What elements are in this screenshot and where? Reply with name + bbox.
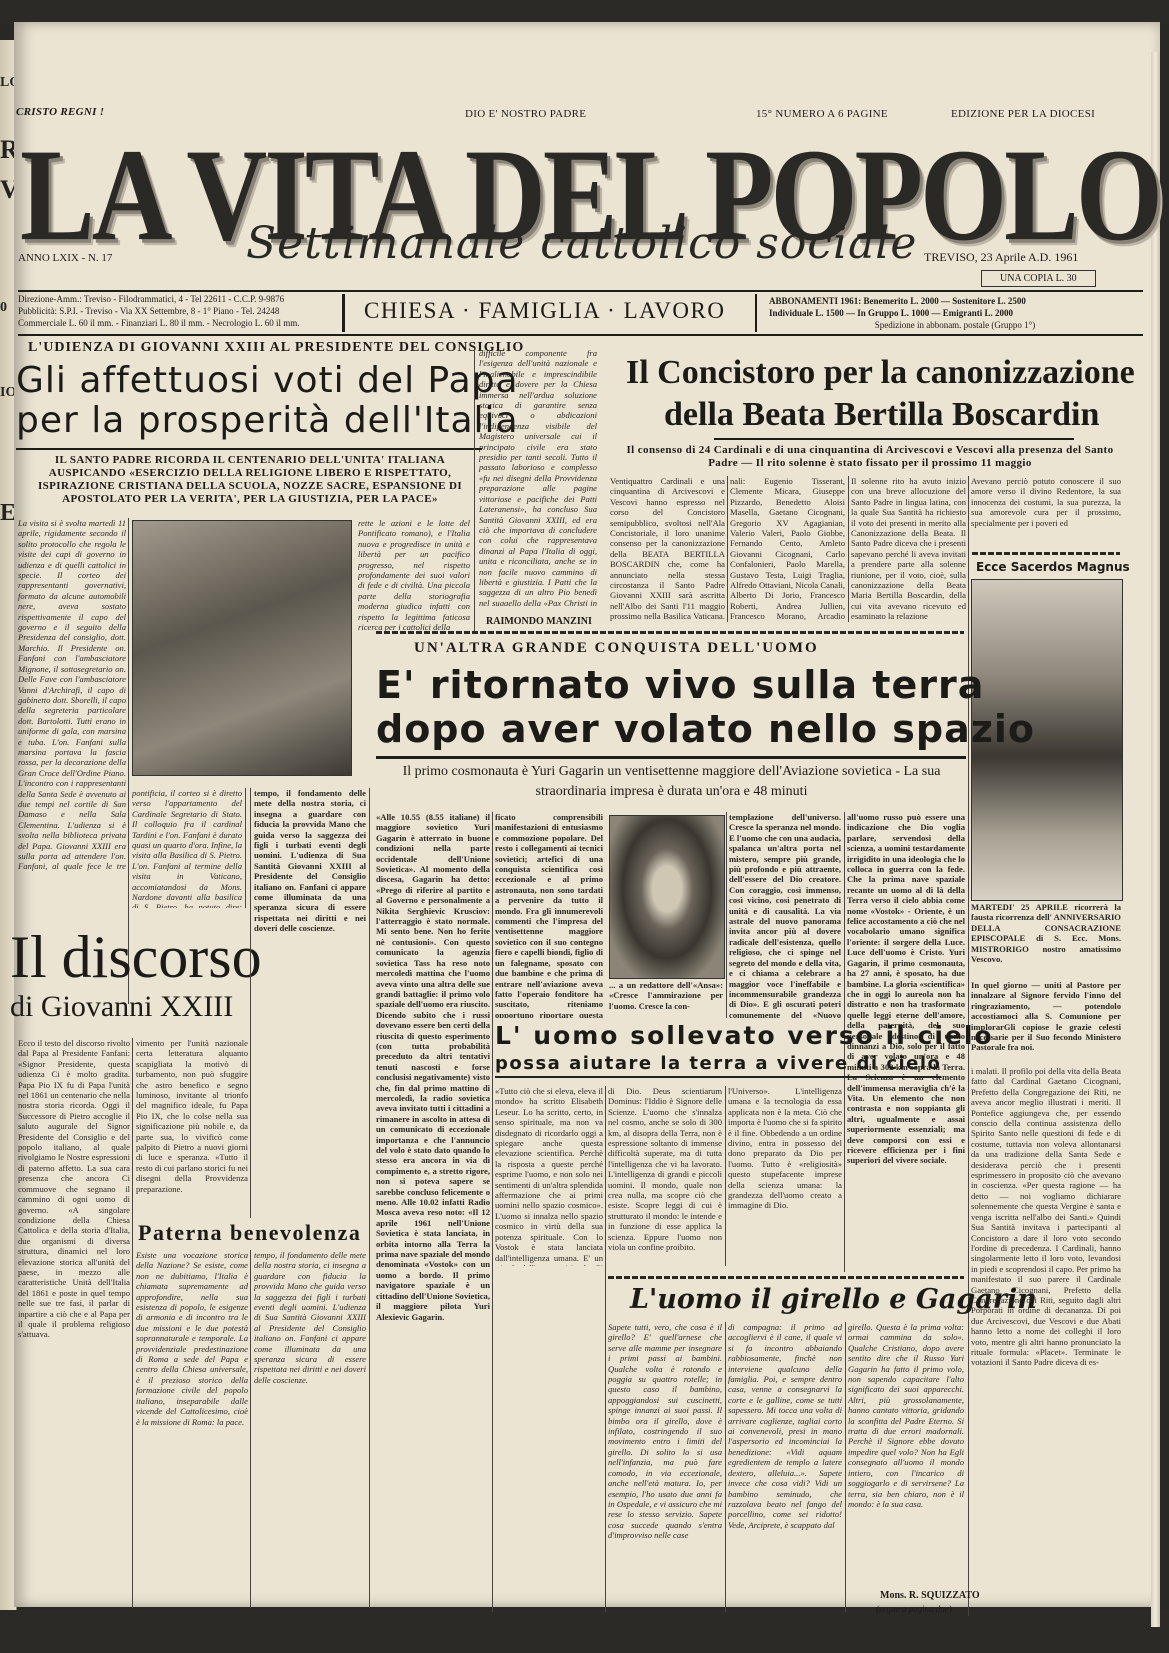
subscription-line: ABBONAMENTI 1961: Benemerito L. 2000 — S… xyxy=(769,295,1141,307)
gagarin-kicker: UN'ALTRA GRANDE CONQUISTA DELL'UOMO xyxy=(414,640,819,657)
concistoro-column-2: nali: Eugenio Tisserant, Clemente Micara… xyxy=(730,476,845,622)
motto: CHIESA · FAMIGLIA · LAVORO xyxy=(364,298,725,324)
page-edge xyxy=(1151,52,1160,1627)
office-line: Direzione-Amm.: Treviso - Filodrammatici… xyxy=(18,293,338,305)
paterna-headline: Paterna benevolenza xyxy=(138,1220,361,1246)
postal-line: Spedizione in abbonam. postale (Gruppo 1… xyxy=(769,319,1141,331)
cielo-headline-2: possa aiutare la terra a vivere di cielo xyxy=(495,1052,941,1078)
girello-byline: Mons. R. SQUIZZATO xyxy=(880,1590,980,1601)
subscription-info: ABBONAMENTI 1961: Benemerito L. 2000 — S… xyxy=(769,295,1141,331)
edge-fragment: 0 xyxy=(0,300,14,316)
discorso-headline-2: di Giovanni XXIII xyxy=(10,990,233,1024)
concistoro-column-3: Il solenne rito ha avuto inizio con una … xyxy=(851,476,966,622)
paterna-column-1: Esiste una vocazione storica della Nazio… xyxy=(136,1250,248,1608)
edge-fragment: IO xyxy=(0,385,14,401)
pope-photo xyxy=(132,520,352,776)
column-rule xyxy=(492,812,493,1612)
discorso-column-3: tempo, il fondamento delle mete della no… xyxy=(254,788,366,1218)
newspaper-page: CRISTO REGNI ! DIO E' NOSTRO PADRE 15° N… xyxy=(14,22,1160,1607)
gagarin-subhead: Il primo cosmonauta è Yuri Gagarin un ve… xyxy=(379,762,964,802)
slogan-left: CRISTO REGNI ! xyxy=(16,106,104,118)
papa-column-left: La visita si è svolta martedì 11 aprile,… xyxy=(18,518,126,874)
girello-column-1: Sapete tutti, vero, che cosa è il girell… xyxy=(608,1322,722,1612)
edge-fragment: LO xyxy=(0,75,14,91)
wavy-rule xyxy=(972,552,1120,555)
price-box: UNA COPIA L. 30 xyxy=(981,270,1096,287)
papa-column-right: rette le azioni e le lotte del Pontifica… xyxy=(358,518,470,638)
scan-bottom-background xyxy=(0,1610,1169,1653)
volume-number: ANNO LXIX - N. 17 xyxy=(18,252,112,265)
gagarin-column-1: «Alle 10.55 (8.55 italiane) il maggiore … xyxy=(376,812,490,1612)
papa-column-mid: pontificia, il corteo si è diretto verso… xyxy=(132,788,242,908)
papa-column-continued: difficile componente fra l'esigenza dell… xyxy=(479,348,597,606)
rule xyxy=(376,756,966,759)
papa-byline: RAIMONDO MANZINI xyxy=(486,616,592,627)
discorso-headline-1: Il discorso xyxy=(10,927,262,987)
concistoro-subhead: Il consenso di 24 Cardinali e di una cin… xyxy=(610,444,1130,470)
office-info: Direzione-Amm.: Treviso - Filodrammatici… xyxy=(18,293,338,329)
wavy-rule xyxy=(608,1276,964,1279)
column-rule xyxy=(725,1086,726,1266)
slogan-center: DIO E' NOSTRO PADRE xyxy=(465,108,586,120)
column-rule xyxy=(250,788,251,1218)
gagarin-headline-2: dopo aver volato nello spazio xyxy=(376,706,1035,752)
papa-kicker: L'UDIENZA DI GIOVANNI XXIII AL PRESIDENT… xyxy=(28,340,524,356)
divider xyxy=(342,294,345,332)
concistoro-headline-1: Il Concistoro per la canonizzazione xyxy=(626,352,1135,394)
edition-label: EDIZIONE PER LA DIOCESI xyxy=(951,108,1095,120)
column-rule xyxy=(848,476,849,622)
office-line: Commerciale L. 60 il mm. - Finanziari L.… xyxy=(18,317,338,329)
gagarin-photo xyxy=(609,815,725,979)
column-rule xyxy=(845,1322,846,1612)
papa-headline-2: per la prosperità dell'Italia xyxy=(16,398,519,444)
concistoro-continued: i malati. Il profilo poi della vita dell… xyxy=(971,1066,1121,1606)
column-rule xyxy=(245,788,246,908)
cielo-column-3: l'Universo». L'intelligenza umana e la t… xyxy=(728,1086,842,1266)
edge-fragment: E xyxy=(0,500,14,527)
girello-column-3: girello. Questa è la prima volta: ormai … xyxy=(848,1322,964,1582)
column-rule xyxy=(250,1250,251,1608)
concistoro-column-1: Ventiquattro Cardinali e una cinquantina… xyxy=(610,476,725,622)
gagarin-photo-caption: ... a un redattore dell'«Ansa»: «Cresce … xyxy=(609,980,723,1010)
rule xyxy=(18,290,1143,292)
subscription-line: Individuale L. 1500 — In Gruppo L. 1000 … xyxy=(769,307,1141,319)
column-rule xyxy=(725,1322,726,1612)
gagarin-column-3: templazione dell'universo. Cresce la spe… xyxy=(729,812,841,1018)
column-rule xyxy=(727,476,728,622)
discorso-column-1: Ecco il testo del discorso rivolto dal P… xyxy=(18,1038,130,1608)
concistoro-column-4: Avevano perciò potuto conoscere il suo a… xyxy=(971,476,1121,546)
girello-column-2: di campagna: il primo ad accogliervi è i… xyxy=(728,1322,842,1612)
sidebar-title: Ecce Sacerdos Magnus xyxy=(976,560,1130,574)
rule xyxy=(714,438,1074,440)
office-line: Pubblicità: S.P.I. - Treviso - Via XX Se… xyxy=(18,305,338,317)
column-rule xyxy=(726,812,727,1018)
cielo-column-2: di Dio. Deus scientiarum Dominus: l'Iddi… xyxy=(608,1086,722,1266)
issue-pages: 15° NUMERO A 6 PAGINE xyxy=(756,108,888,120)
rule xyxy=(16,448,482,450)
column-rule xyxy=(474,348,475,633)
gagarin-headline-1: E' ritornato vivo sulla terra xyxy=(376,662,984,708)
rule xyxy=(18,334,1143,336)
concistoro-headline-2: della Beata Bertilla Boscardin xyxy=(664,394,1099,436)
edge-fragment: V xyxy=(0,175,14,205)
cielo-headline-1: L' uomo sollevato verso il cielo xyxy=(495,1022,994,1050)
wavy-rule xyxy=(376,631,964,634)
sidebar-lead: MARTEDI' 25 APRILE ricorrerà la fausta r… xyxy=(971,902,1121,978)
discorso-column-2: vimento per l'unità nazionale certa lett… xyxy=(136,1038,248,1218)
gagarin-column-2: ficato comprensibili manifestazioni di e… xyxy=(495,812,603,1018)
cielo-column-1: «Tutto ciò che si eleva, eleva il mondo»… xyxy=(495,1086,603,1266)
column-rule xyxy=(132,1038,133,1608)
masthead-tagline: Settimanale cattolico sociale xyxy=(246,218,917,269)
divider xyxy=(755,294,757,332)
scan-top-background xyxy=(0,0,1169,24)
paterna-column-2: tempo, il fondamento delle mete della no… xyxy=(254,1250,366,1608)
papa-subhead: IL SANTO PADRE RICORDA IL CENTENARIO DEL… xyxy=(20,454,480,506)
continued-note: (segue a pagina due) xyxy=(876,1603,952,1616)
column-rule xyxy=(369,788,370,1608)
girello-headline: L'uomo il girello e Gagarin xyxy=(630,1284,1037,1316)
edge-fragment: R xyxy=(0,135,14,165)
dateline: TREVISO, 23 Aprile A.D. 1961 xyxy=(924,251,1078,264)
column-rule xyxy=(605,1086,606,1612)
